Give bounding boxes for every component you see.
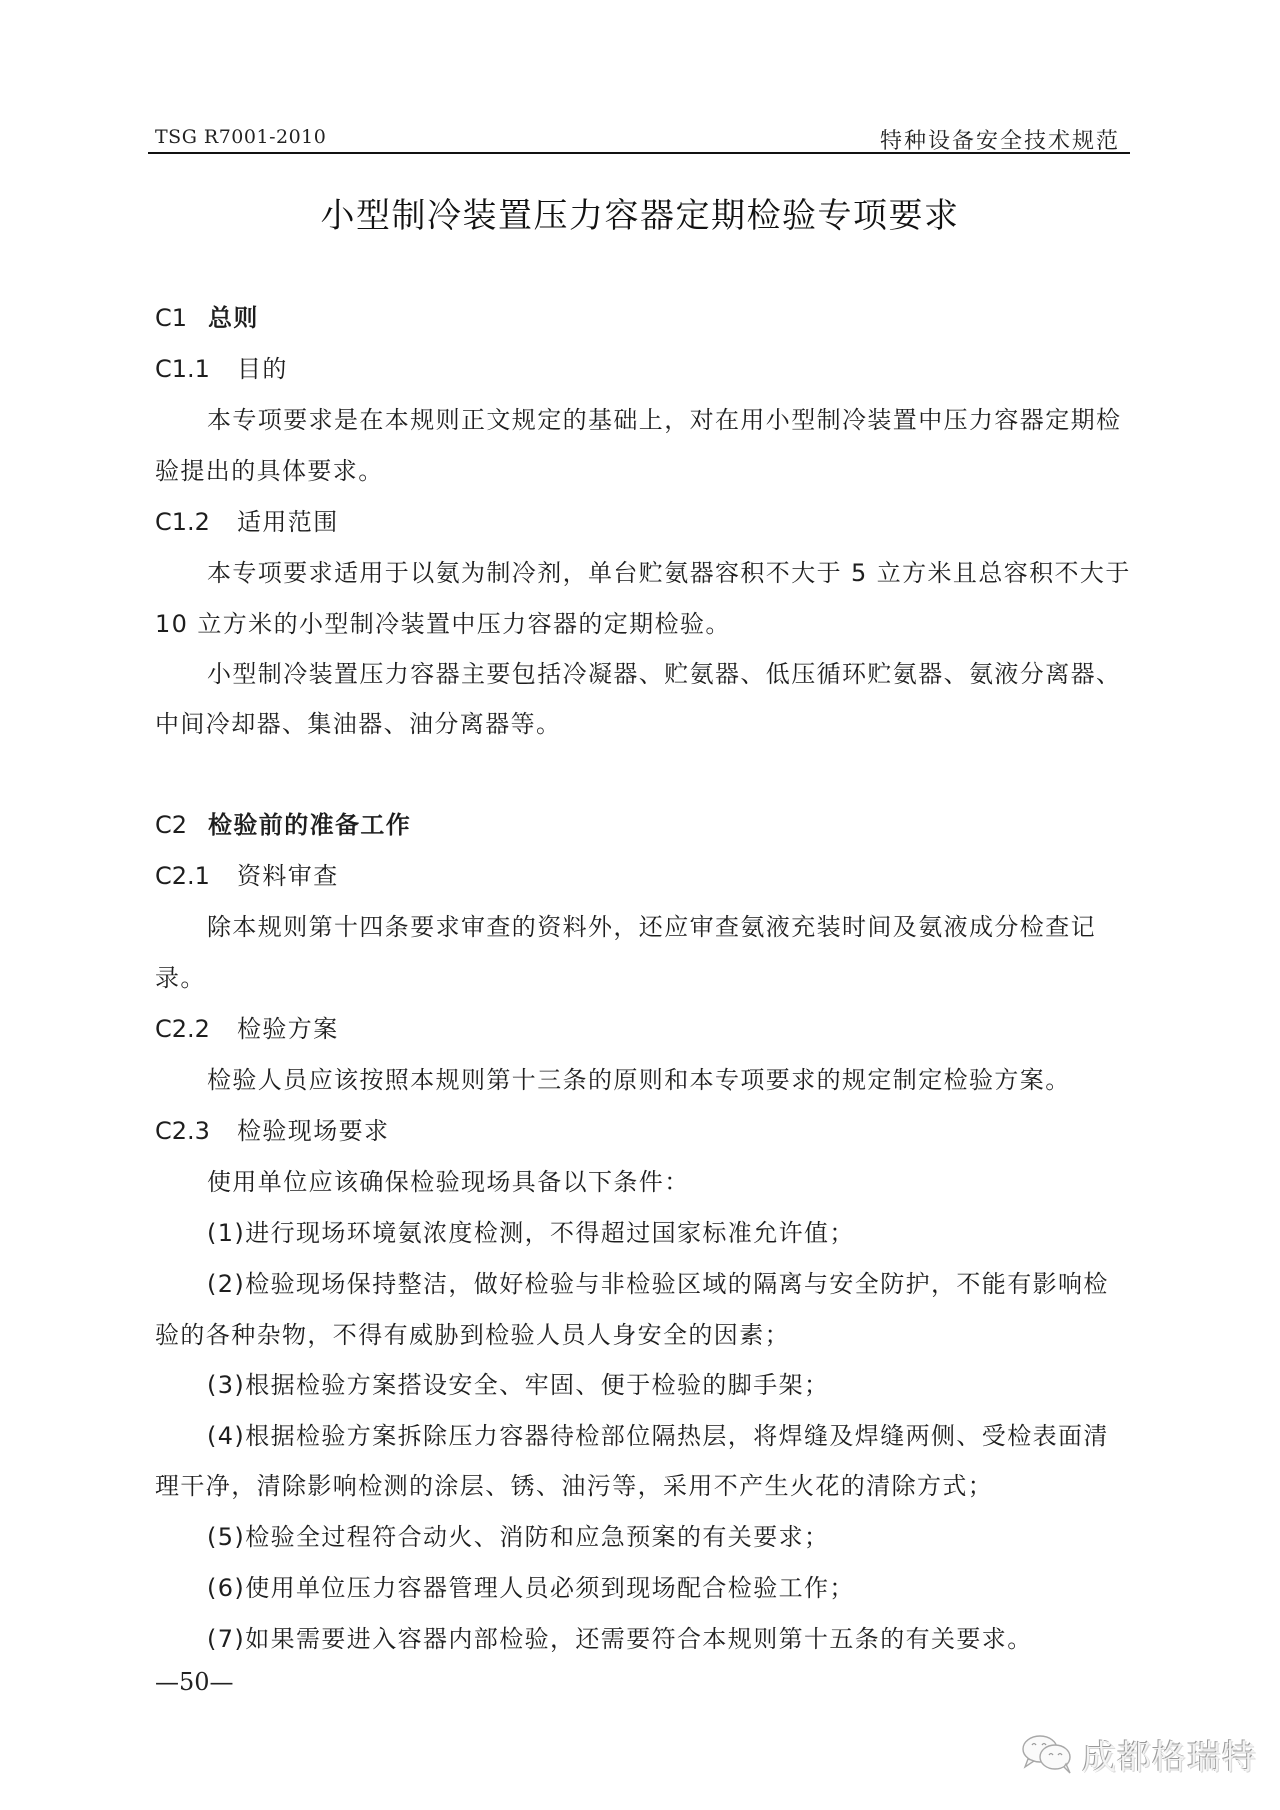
paragraph-line: 本专项要求适用于以氨为制冷剂，单台贮氨器容积不大于 5 立方米且总容积不大于: [207, 558, 1137, 588]
subsection-title: 检验方案: [237, 1015, 339, 1043]
subsection-title: 检验现场要求: [237, 1117, 389, 1145]
subsection-title: 适用范围: [237, 508, 339, 536]
section-title: 总则: [208, 304, 259, 332]
watermark-text: 成都格瑞特: [1082, 1730, 1257, 1779]
subsection-number: C1.1: [155, 354, 237, 384]
subsection-number: C2.1: [155, 861, 237, 891]
list-item: (6)使用单位压力容器管理人员必须到现场配合检验工作；: [207, 1573, 1137, 1603]
paragraph-line: 10 立方米的小型制冷装置中压力容器的定期检验。: [155, 609, 1135, 639]
list-item: (5)检验全过程符合动火、消防和应急预案的有关要求；: [207, 1522, 1137, 1552]
paragraph-line: 检验人员应该按照本规则第十三条的原则和本专项要求的规定制定检验方案。: [207, 1065, 1137, 1095]
list-item: (2)检验现场保持整洁，做好检验与非检验区域的隔离与安全防护，不能有影响检: [207, 1269, 1137, 1299]
paragraph-line: 本专项要求是在本规则正文规定的基础上，对在用小型制冷装置中压力容器定期检: [207, 405, 1137, 435]
subsection-heading-c1-1: C1.1目的: [155, 354, 1135, 384]
watermark: 成都格瑞特: [1020, 1730, 1257, 1778]
section-number: C1: [155, 303, 208, 333]
subsection-heading-c1-2: C1.2适用范围: [155, 507, 1135, 537]
section-heading-c1: C1总则: [155, 303, 1135, 333]
subsection-heading-c2-2: C2.2检验方案: [155, 1014, 1135, 1044]
paragraph-line: 小型制冷装置压力容器主要包括冷凝器、贮氨器、低压循环贮氨器、氨液分离器、: [207, 659, 1137, 689]
page-title: 小型制冷装置压力容器定期检验专项要求: [0, 188, 1280, 237]
subsection-title: 资料审查: [237, 862, 339, 890]
subsection-number: C1.2: [155, 507, 237, 537]
list-item: (3)根据检验方案搭设安全、牢固、便于检验的脚手架；: [207, 1370, 1137, 1400]
wechat-icon: [1020, 1732, 1076, 1776]
subsection-number: C2.2: [155, 1014, 237, 1044]
paragraph-line: 除本规则第十四条要求审查的资料外，还应审查氨液充装时间及氨液成分检查记: [207, 912, 1137, 942]
list-item: (1)进行现场环境氨浓度检测，不得超过国家标准允许值；: [207, 1218, 1137, 1248]
paragraph-line: 录。: [155, 963, 1135, 993]
page-header: TSG R7001-2010 特种设备安全技术规范: [148, 124, 1130, 154]
subsection-number: C2.3: [155, 1116, 237, 1146]
list-item: (4)根据检验方案拆除压力容器待检部位隔热层，将焊缝及焊缝两侧、受检表面清: [207, 1421, 1137, 1451]
subsection-title: 目的: [237, 355, 288, 383]
section-number: C2: [155, 810, 208, 840]
subsection-heading-c2-1: C2.1资料审查: [155, 861, 1135, 891]
subsection-heading-c2-3: C2.3检验现场要求: [155, 1116, 1135, 1146]
list-item-continuation: 理干净，清除影响检测的涂层、锈、油污等，采用不产生火花的清除方式；: [155, 1471, 1135, 1501]
paragraph-line: 中间冷却器、集油器、油分离器等。: [155, 709, 1135, 739]
paragraph-line: 验提出的具体要求。: [155, 456, 1135, 486]
list-item: (7)如果需要进入容器内部检验，还需要符合本规则第十五条的有关要求。: [207, 1624, 1137, 1654]
section-heading-c2: C2检验前的准备工作: [155, 810, 1135, 840]
header-category: 特种设备安全技术规范: [880, 124, 1120, 155]
section-title: 检验前的准备工作: [208, 811, 411, 839]
page-number: —50—: [155, 1668, 234, 1696]
paragraph-line: 使用单位应该确保检验现场具备以下条件：: [207, 1167, 1137, 1197]
list-item-continuation: 验的各种杂物，不得有威胁到检验人员人身安全的因素；: [155, 1320, 1135, 1350]
standard-code: TSG R7001-2010: [155, 126, 326, 148]
